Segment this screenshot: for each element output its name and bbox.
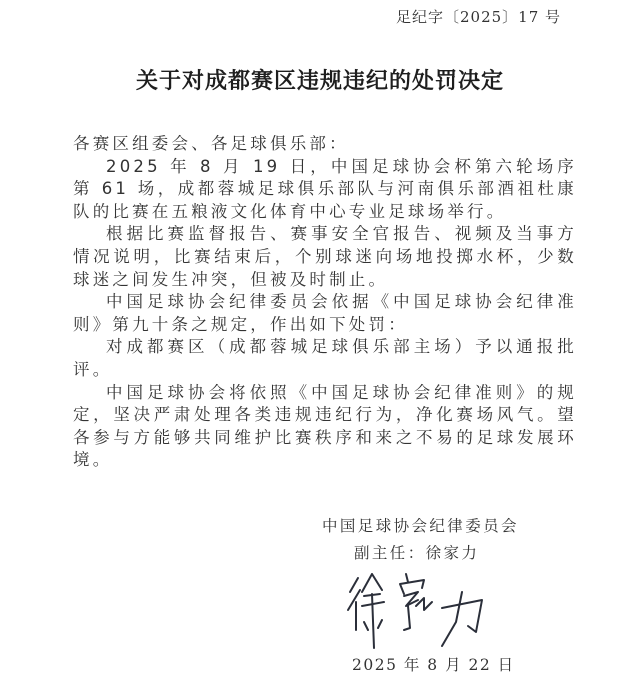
paragraph-basis: 中国足球协会纪律委员会依据《中国足球协会纪律准则》第九十条之规定，作出如下处罚： [73, 291, 577, 336]
salutation: 各赛区组委会、各足球俱乐部： [73, 133, 577, 156]
signature-organization: 中国足球协会纪律委员会 [322, 514, 519, 536]
handwritten-signature-icon [344, 570, 494, 654]
document-title: 关于对成都赛区违规违纪的处罚决定 [0, 64, 640, 95]
document-body: 各赛区组委会、各足球俱乐部： 2025 年 8 月 19 日，中国足球协会杯第六… [73, 133, 577, 472]
signature-signer-title: 副主任：徐家力 [354, 541, 479, 563]
signature-date: 2025 年 8 月 22 日 [352, 653, 515, 675]
document-number: 足纪字〔2025〕17 号 [396, 6, 561, 27]
paragraph-incident: 根据比赛监督报告、赛事安全官报告、视频及当事方情况说明，比赛结束后，个别球迷向场… [73, 223, 577, 291]
paragraph-penalty: 对成都赛区（成都蓉城足球俱乐部主场）予以通报批评。 [73, 336, 577, 381]
paragraph-match-info: 2025 年 8 月 19 日，中国足球协会杯第六轮场序第 61 场，成都蓉城足… [73, 156, 577, 224]
paragraph-closing: 中国足球协会将依照《中国足球协会纪律准则》的规定，坚决严肃处理各类违规违纪行为，… [73, 382, 577, 472]
